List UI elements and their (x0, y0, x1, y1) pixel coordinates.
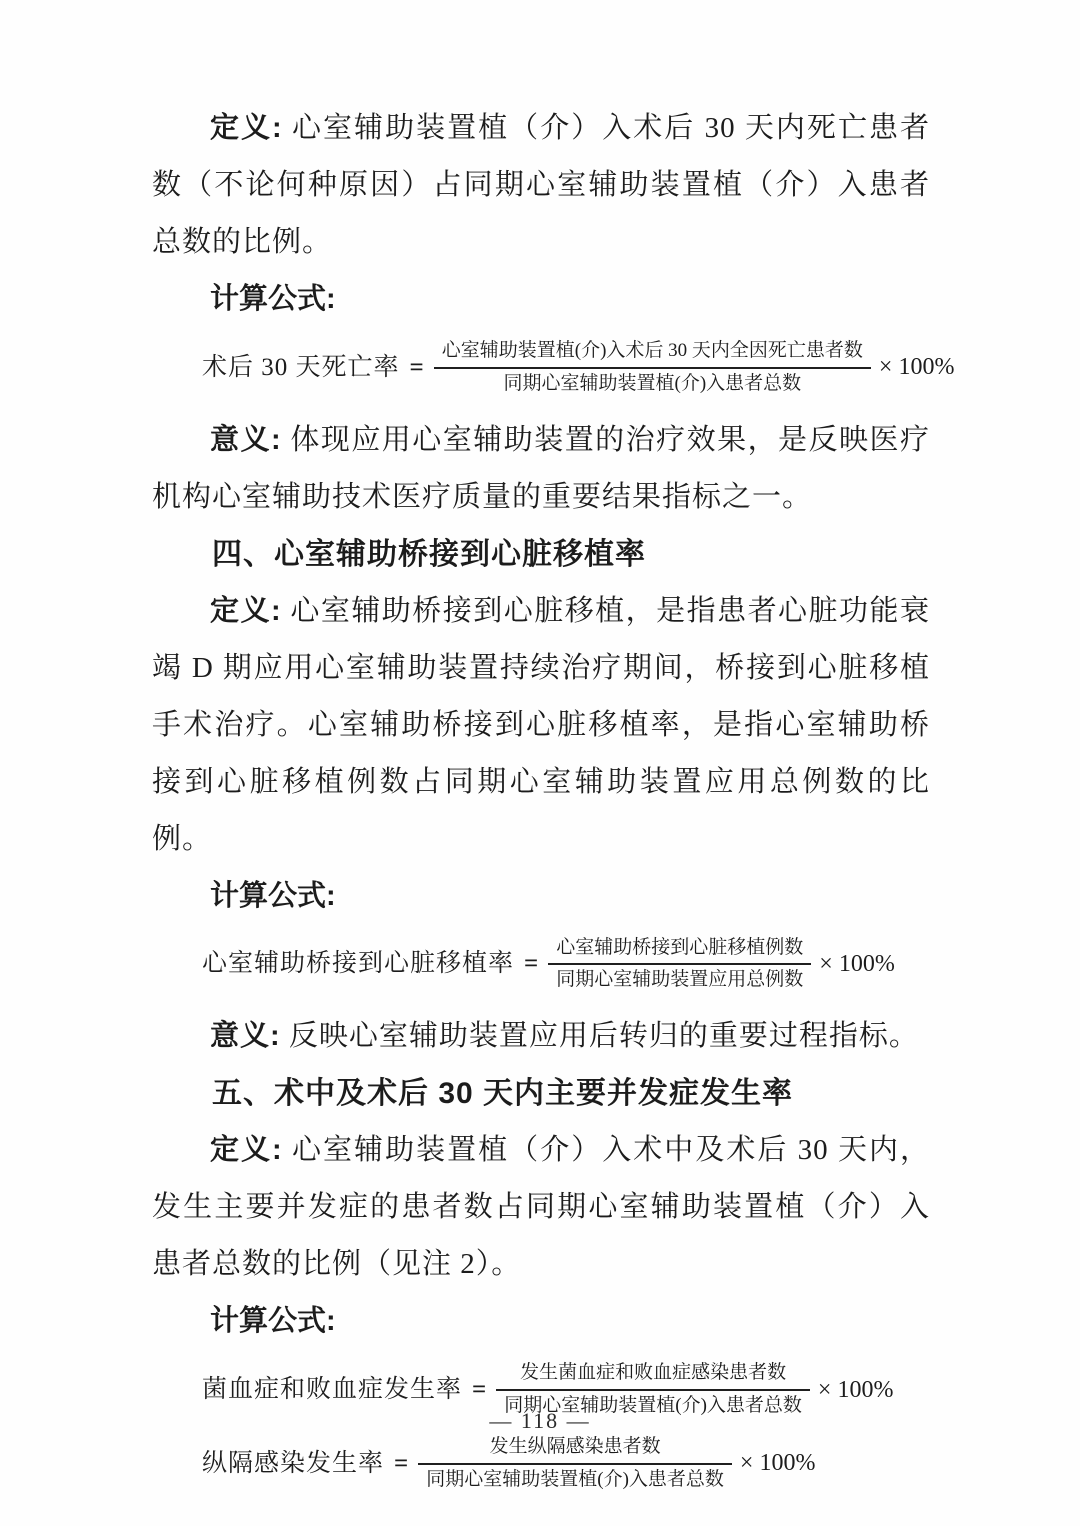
formula-heading-complications: 计算公式: (152, 1293, 930, 1350)
section-heading-4: 四、心室辅助桥接到心脏移植率 (152, 526, 930, 583)
formula-lhs: 心室辅助桥接到心脏移植率 (202, 949, 514, 979)
definition-paragraph-mortality: 定义: 心室辅助装置植（介）入术后 30 天内死亡患者数（不论何种原因）占同期心… (152, 100, 930, 271)
section-heading-5: 五、术中及术后 30 天内主要并发症发生率 (152, 1065, 930, 1122)
fraction-denominator: 同期心室辅助装置应用总例数 (548, 965, 811, 994)
formula-mortality-rate: 术后 30 天死亡率 = 心室辅助装置植(介)入术后 30 天内全因死亡患者数 … (202, 338, 930, 398)
formula-lhs: 菌血症和败血症发生率 (202, 1375, 462, 1405)
definition-label: 定义: (210, 112, 283, 144)
meaning-paragraph-mortality: 意义: 体现应用心室辅助装置的治疗效果，是反映医疗机构心室辅助技术医疗质量的重要… (152, 412, 930, 526)
fraction-numerator: 发生纵隔感染患者数 (418, 1434, 732, 1465)
fraction: 发生纵隔感染患者数 同期心室辅助装置植(介)入患者总数 (418, 1434, 732, 1494)
formula-heading-bridge: 计算公式: (152, 868, 930, 925)
definition-paragraph-bridge: 定义: 心室辅助桥接到心脏移植，是指患者心脏功能衰竭 D 期应用心室辅助装置持续… (152, 583, 930, 868)
formula-mediastinal-infection-rate: 纵隔感染发生率 = 发生纵隔感染患者数 同期心室辅助装置植(介)入患者总数 × … (202, 1434, 930, 1494)
multiplier: × 100% (879, 353, 955, 382)
fraction-numerator: 心室辅助装置植(介)入术后 30 天内全因死亡患者数 (434, 338, 871, 369)
fraction-numerator: 发生菌血症和败血症感染患者数 (496, 1360, 810, 1391)
definition-label: 定义: (210, 595, 282, 627)
definition-text: 心室辅助桥接到心脏移植，是指患者心脏功能衰竭 D 期应用心室辅助装置持续治疗期间… (152, 595, 930, 855)
definition-label: 定义: (210, 1134, 283, 1166)
equals-sign: = (394, 1449, 408, 1479)
equals-sign: = (472, 1375, 486, 1405)
formula-heading-mortality: 计算公式: (152, 271, 930, 328)
meaning-label: 意义: (210, 424, 282, 456)
fraction-numerator: 心室辅助桥接到心脏移植例数 (548, 935, 811, 966)
document-page: 定义: 心室辅助装置植（介）入术后 30 天内死亡患者数（不论何种原因）占同期心… (0, 0, 1080, 1526)
equals-sign: = (524, 949, 538, 979)
multiplier: × 100% (740, 1449, 816, 1478)
fraction-denominator: 同期心室辅助装置植(介)入患者总数 (434, 369, 871, 398)
fraction: 心室辅助桥接到心脏移植例数 同期心室辅助装置应用总例数 (548, 935, 811, 995)
multiplier: × 100% (819, 950, 895, 979)
equals-sign: = (410, 353, 424, 383)
formula-bridge-to-transplant-rate: 心室辅助桥接到心脏移植率 = 心室辅助桥接到心脏移植例数 同期心室辅助装置应用总… (202, 935, 930, 995)
page-number: — 118 — (0, 1408, 1080, 1434)
meaning-text: 反映心室辅助装置应用后转归的重要过程指标。 (289, 1020, 919, 1052)
multiplier: × 100% (818, 1376, 894, 1405)
definition-paragraph-complications: 定义: 心室辅助装置植（介）入术中及术后 30 天内，发生主要并发症的患者数占同… (152, 1122, 930, 1293)
fraction: 心室辅助装置植(介)入术后 30 天内全因死亡患者数 同期心室辅助装置植(介)入… (434, 338, 871, 398)
fraction-denominator: 同期心室辅助装置植(介)入患者总数 (418, 1465, 732, 1494)
meaning-label: 意义: (210, 1020, 281, 1052)
formula-lhs: 纵隔感染发生率 (202, 1449, 384, 1479)
meaning-paragraph-bridge: 意义: 反映心室辅助装置应用后转归的重要过程指标。 (152, 1008, 930, 1065)
formula-lhs: 术后 30 天死亡率 (202, 353, 400, 383)
